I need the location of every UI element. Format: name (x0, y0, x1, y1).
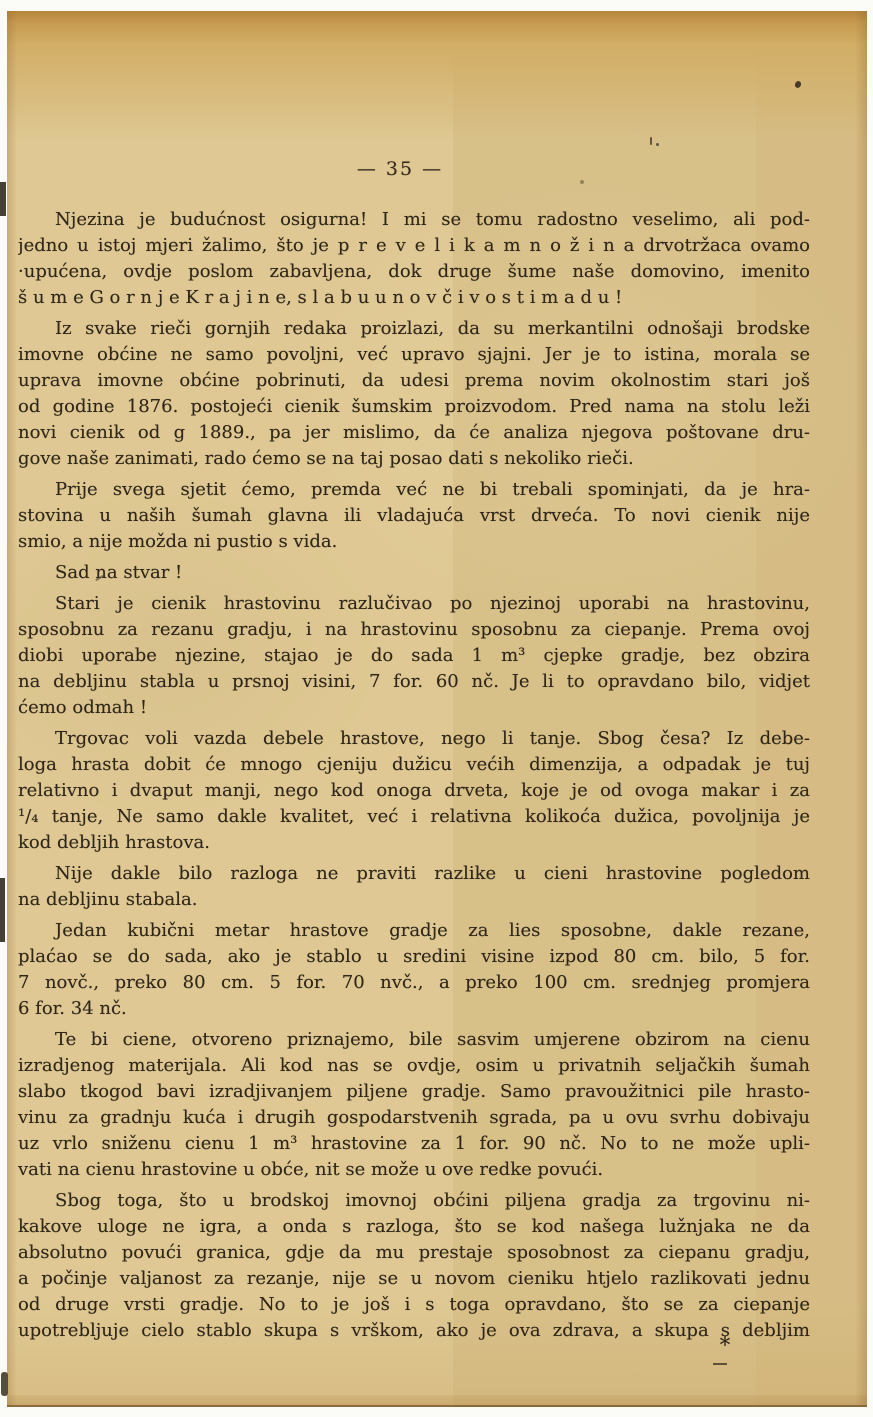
text-line: Trgovac voli vazda debele hrastove, nego… (18, 726, 810, 752)
text-line: upotrebljuje cielo stablo skupa s vrškom… (18, 1318, 810, 1344)
text-block: Njezina je budućnost osigurna! I mi se t… (18, 207, 810, 1344)
ink-speck (650, 137, 652, 145)
text-line: od godine 1876. postojeći cienik šumskim… (18, 394, 810, 420)
text-line: smio, a nije možda ni pustio s vida. (18, 529, 810, 555)
text-line: kakove uloge ne igra, a onda s razloga, … (18, 1214, 810, 1240)
text-line: jedno u istoj mjeri žalimo, što je p r e… (18, 233, 810, 259)
scanned-page: — 35 — Njezina je budućnost osigurna! I … (7, 11, 867, 1407)
footnote-rule (713, 1363, 727, 1365)
text-line: ·upućena, ovdje poslom zabavljena, dok d… (18, 259, 810, 285)
page-number: — 35 — (18, 158, 782, 180)
text-line: Sbog toga, što u brodskoj imovnoj obćini… (18, 1188, 810, 1214)
footnote-asterisk: * (710, 1333, 740, 1357)
ink-speck (794, 80, 802, 89)
text-line: a počinje valjanost za rezanje, nije se … (18, 1266, 810, 1292)
text-line: Iz svake rieči gornjih redaka proizlazi,… (18, 316, 810, 342)
paragraph: Te bi ciene, otvoreno priznajemo, bile s… (18, 1027, 810, 1183)
text-line: Sad na stvar ! (18, 560, 810, 586)
scan-edge-artifact (0, 182, 6, 216)
paragraph: Sbog toga, što u brodskoj imovnoj obćini… (18, 1188, 810, 1344)
text-line: loga hrasta dobit će mnogo cjeniju dužic… (18, 752, 810, 778)
text-line: relativno i dvaput manji, nego kod onoga… (18, 778, 810, 804)
text-line: vati na cienu hrastovine u obće, nit se … (18, 1157, 810, 1183)
scan-edge-artifact (1, 1372, 8, 1396)
text-line: na debljinu stabala. (18, 887, 810, 913)
text-line: uprava imovne obćine pobrinuti, da udesi… (18, 368, 810, 394)
text-line: Prije svega sjetit ćemo, premda već ne b… (18, 477, 810, 503)
text-line: 7 novč., preko 80 cm. 5 for. 70 nvč., a … (18, 970, 810, 996)
paragraph: Iz svake rieči gornjih redaka proizlazi,… (18, 316, 810, 472)
text-line: ćemo odmah ! (18, 695, 810, 721)
text-line: 6 for. 34 nč. (18, 996, 810, 1022)
paragraph: Njezina je budućnost osigurna! I mi se t… (18, 207, 810, 311)
ink-speck (580, 180, 584, 184)
text-line: izradjenog materijala. Ali kod nas se ov… (18, 1053, 810, 1079)
paragraph: Nije dakle bilo razloga ne praviti razli… (18, 861, 810, 913)
paragraph: Stari je cienik hrastovinu razlučivao po… (18, 591, 810, 721)
text-line: imovne obćine ne samo povoljni, već upra… (18, 342, 810, 368)
text-line: uz vrlo sniženu cienu 1 m³ hrastovine za… (18, 1131, 810, 1157)
scan-edge-artifact (0, 878, 5, 942)
text-line: kod debljih hrastova. (18, 830, 810, 856)
paragraph: Sad na stvar ! (18, 560, 810, 586)
text-line: vinu za gradnju kuća i drugih gospodarst… (18, 1105, 810, 1131)
text-line: Jedan kubični metar hrastove gradje za l… (18, 918, 810, 944)
ink-speck (656, 143, 659, 146)
text-line: stovina u naših šumah glavna ili vladaju… (18, 503, 810, 529)
text-line: š u m e G o r n j e K r a j i n e, s l a… (18, 285, 810, 311)
text-line: diobi uporabe njezine, stajao je do sada… (18, 643, 810, 669)
scanned-document-viewport: { "page": { "number": "— 35 —", "footnot… (0, 0, 873, 1417)
text-line: novi cienik od g 1889., pa jer mislimo, … (18, 420, 810, 446)
text-line: plaćao se do sada, ako je stablo u sredi… (18, 944, 810, 970)
paragraph: Trgovac voli vazda debele hrastove, nego… (18, 726, 810, 856)
text-line: absolutno povući granica, gdje da mu pre… (18, 1240, 810, 1266)
text-line: Stari je cienik hrastovinu razlučivao po… (18, 591, 810, 617)
paragraph: Prije svega sjetit ćemo, premda već ne b… (18, 477, 810, 555)
text-line: gove naše zanimati, rado ćemo se na taj … (18, 446, 810, 472)
paragraph: Jedan kubični metar hrastove gradje za l… (18, 918, 810, 1022)
text-line: slabo tkogod bavi izradjivanjem piljene … (18, 1079, 810, 1105)
text-line: na debljinu stabla u prsnoj visini, 7 fo… (18, 669, 810, 695)
text-line: ¹/₄ tanje, Ne samo dakle kvalitet, već i… (18, 804, 810, 830)
text-line: Njezina je budućnost osigurna! I mi se t… (18, 207, 810, 233)
text-line: od druge vrsti gradje. No to je još i s … (18, 1292, 810, 1318)
text-line: Nije dakle bilo razloga ne praviti razli… (18, 861, 810, 887)
text-line: Te bi ciene, otvoreno priznajemo, bile s… (18, 1027, 810, 1053)
text-line: sposobnu za rezanu gradju, i na hrastovi… (18, 617, 810, 643)
